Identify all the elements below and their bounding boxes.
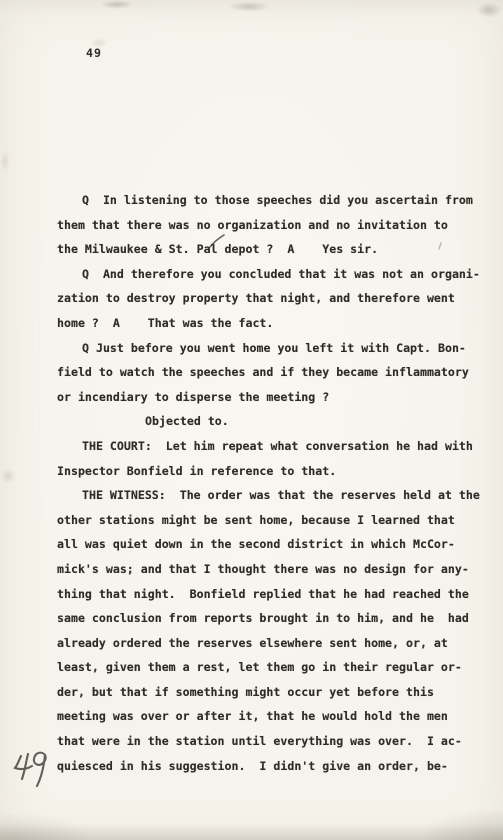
transcript-line: THE WITNESS: The order was that the rese…	[57, 483, 487, 508]
document-page: 49 Q In listening to those speeches did …	[0, 0, 503, 840]
handwritten-page-number	[8, 747, 56, 795]
scan-edge-shadow	[0, 824, 503, 840]
transcript-line: quiesced in his suggestion. I didn't giv…	[57, 754, 487, 779]
transcript-line: thing that night. Bonfield replied that …	[57, 582, 487, 607]
transcript-line: Inspector Bonfield in reference to that.	[57, 459, 487, 484]
transcript-line: Q And therefore you concluded that it wa…	[57, 262, 487, 287]
transcript-line: other stations might be sent home, becau…	[57, 508, 487, 533]
scan-corner-shadow	[423, 810, 503, 840]
transcript-line: that were in the station until everythin…	[57, 729, 487, 754]
transcript-line: same conclusion from reports brought in …	[57, 606, 487, 631]
paper-smudge	[476, 2, 502, 18]
transcript-line: or incendiary to disperse the meeting ?	[57, 385, 487, 410]
transcript-text-block: Q In listening to those speeches did you…	[57, 188, 487, 778]
transcript-line: all was quiet down in the second distric…	[57, 532, 487, 557]
transcript-line: least, given them a rest, let them go in…	[57, 655, 487, 680]
typed-page-number: 49	[86, 46, 102, 60]
transcript-line: der, but that if something might occur y…	[57, 680, 487, 705]
transcript-line: mick's was; and that I thought there was…	[57, 557, 487, 582]
transcript-line: Q In listening to those speeches did you…	[57, 188, 487, 213]
handwritten-correction-mark	[207, 232, 229, 250]
transcript-line: zation to destroy property that night, a…	[57, 286, 487, 311]
paper-smudge	[228, 1, 270, 12]
transcript-line: THE COURT: Let him repeat what conversat…	[57, 434, 487, 459]
transcript-line: already ordered the reserves elsewhere s…	[57, 631, 487, 656]
scan-corner-shadow	[0, 814, 90, 840]
paper-smudge	[0, 468, 16, 484]
transcript-line: home ? A That was the fact.	[57, 311, 487, 336]
transcript-line: Objected to.	[57, 409, 487, 434]
stray-ink-mark	[435, 240, 445, 252]
transcript-line: them that there was no organization and …	[57, 213, 487, 238]
transcript-line: Q Just before you went home you left it …	[57, 336, 487, 361]
transcript-line: meeting was over or after it, that he wo…	[57, 704, 487, 729]
transcript-line: field to watch the speeches and if they …	[57, 360, 487, 385]
paper-smudge	[100, 0, 134, 9]
paper-smudge	[0, 150, 10, 172]
transcript-line: the Milwaukee & St. Pal depot ? A Yes si…	[57, 237, 487, 262]
